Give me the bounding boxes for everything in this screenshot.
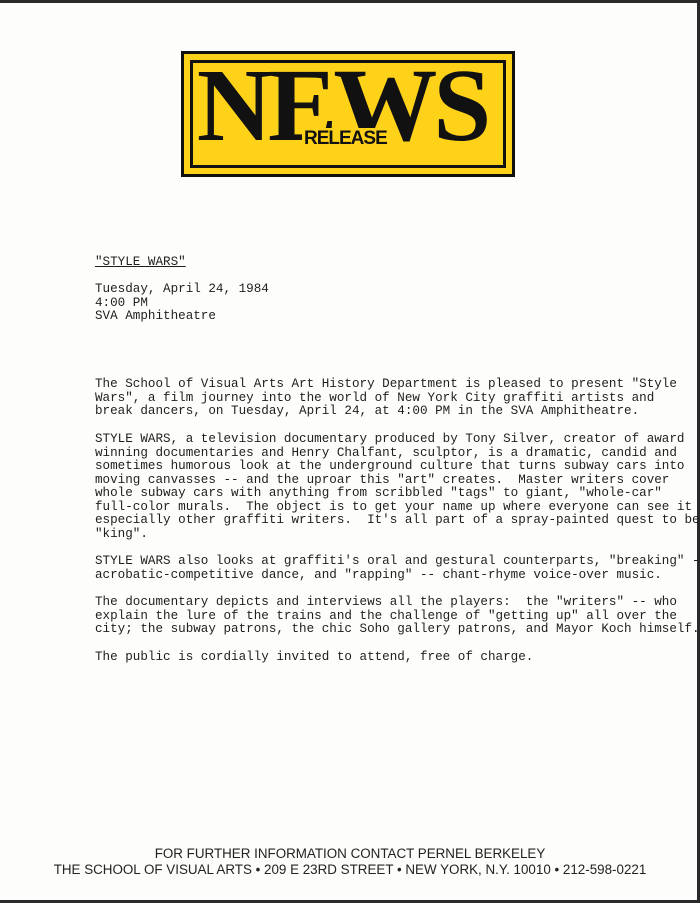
paragraph-counterparts: STYLE WARS also looks at graffiti's oral… bbox=[95, 555, 700, 582]
logo-release-text: RELEASE bbox=[302, 128, 389, 150]
paragraph-players: The documentary depicts and interviews a… bbox=[95, 596, 700, 637]
footer-address: THE SCHOOL OF VISUAL ARTS • 209 E 23RD S… bbox=[0, 862, 700, 877]
news-release-logo: NEWS RELEASE bbox=[181, 51, 515, 177]
event-details: Tuesday, April 24, 1984 4:00 PM SVA Amph… bbox=[95, 283, 269, 324]
paragraph-description: STYLE WARS, a television documentary pro… bbox=[95, 433, 700, 541]
page-edge bbox=[0, 0, 700, 3]
paragraph-invitation: The public is cordially invited to atten… bbox=[95, 651, 533, 665]
paragraph-intro: The School of Visual Arts Art History De… bbox=[95, 378, 677, 419]
event-date: Tuesday, April 24, 1984 bbox=[95, 282, 269, 296]
event-time: 4:00 PM bbox=[95, 296, 148, 310]
footer-contact: FOR FURTHER INFORMATION CONTACT PERNEL B… bbox=[0, 846, 700, 861]
document-title: "STYLE WARS" bbox=[95, 256, 186, 270]
event-location: SVA Amphitheatre bbox=[95, 309, 216, 323]
